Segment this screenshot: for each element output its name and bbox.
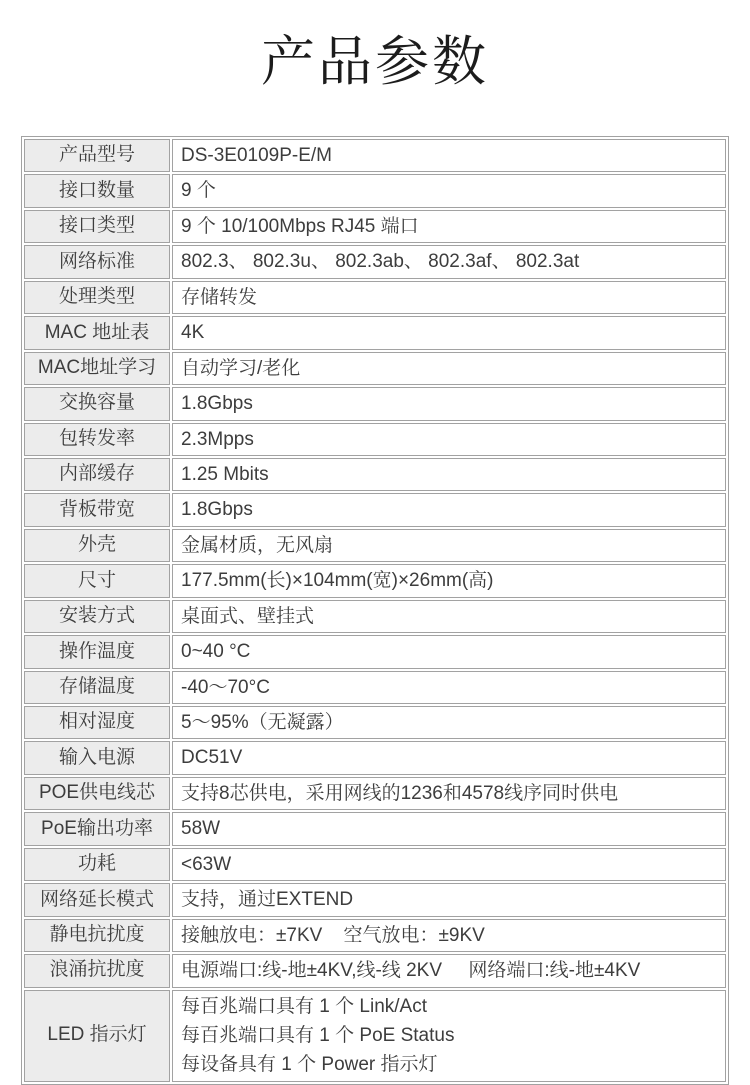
- spec-table: 产品型号DS-3E0109P-E/M接口数量9 个接口类型9 个 10/100M…: [21, 136, 729, 1085]
- spec-row: LED 指示灯每百兆端口具有 1 个 Link/Act 每百兆端口具有 1 个 …: [24, 990, 726, 1082]
- spec-value: 每百兆端口具有 1 个 Link/Act 每百兆端口具有 1 个 PoE Sta…: [172, 990, 726, 1082]
- spec-value: 自动学习/老化: [172, 352, 726, 385]
- spec-label: 网络延长模式: [24, 883, 170, 916]
- spec-row: MAC 地址表4K: [24, 316, 726, 349]
- spec-value: 1.25 Mbits: [172, 458, 726, 491]
- spec-label: 处理类型: [24, 281, 170, 314]
- spec-label: 浪涌抗扰度: [24, 954, 170, 987]
- spec-row: 相对湿度5～95%（无凝露）: [24, 706, 726, 739]
- spec-label: 相对湿度: [24, 706, 170, 739]
- spec-value: 1.8Gbps: [172, 493, 726, 526]
- spec-row: 存储温度-40～70°C: [24, 671, 726, 704]
- spec-value: <63W: [172, 848, 726, 881]
- spec-label: 存储温度: [24, 671, 170, 704]
- spec-row: 安装方式桌面式、壁挂式: [24, 600, 726, 633]
- spec-value: 177.5mm(长)×104mm(宽)×26mm(高): [172, 564, 726, 597]
- spec-row: 接口数量9 个: [24, 174, 726, 207]
- spec-label: PoE输出功率: [24, 812, 170, 845]
- spec-row: 产品型号DS-3E0109P-E/M: [24, 139, 726, 172]
- spec-row: 外壳金属材质，无风扇: [24, 529, 726, 562]
- spec-row: 处理类型存储转发: [24, 281, 726, 314]
- spec-label: 产品型号: [24, 139, 170, 172]
- spec-label: 背板带宽: [24, 493, 170, 526]
- spec-table-body: 产品型号DS-3E0109P-E/M接口数量9 个接口类型9 个 10/100M…: [24, 139, 726, 1082]
- spec-label: 接口数量: [24, 174, 170, 207]
- spec-value: 1.8Gbps: [172, 387, 726, 420]
- spec-label: 静电抗扰度: [24, 919, 170, 952]
- spec-label: 操作温度: [24, 635, 170, 668]
- spec-row: 接口类型9 个 10/100Mbps RJ45 端口: [24, 210, 726, 243]
- spec-row: 尺寸177.5mm(长)×104mm(宽)×26mm(高): [24, 564, 726, 597]
- spec-value: 2.3Mpps: [172, 423, 726, 456]
- spec-value: 支持，通过EXTEND: [172, 883, 726, 916]
- spec-value: 接触放电：±7KV 空气放电：±9KV: [172, 919, 726, 952]
- spec-label: MAC 地址表: [24, 316, 170, 349]
- spec-row: PoE输出功率58W: [24, 812, 726, 845]
- spec-value: -40～70°C: [172, 671, 726, 704]
- spec-label: 接口类型: [24, 210, 170, 243]
- spec-row: 网络标准802.3、 802.3u、 802.3ab、 802.3af、 802…: [24, 245, 726, 278]
- spec-value: 金属材质，无风扇: [172, 529, 726, 562]
- spec-row: 浪涌抗扰度电源端口:线-地±4KV,线-线 2KV 网络端口:线-地±4KV: [24, 954, 726, 987]
- spec-row: MAC地址学习自动学习/老化: [24, 352, 726, 385]
- spec-value: 5～95%（无凝露）: [172, 706, 726, 739]
- spec-label: 输入电源: [24, 741, 170, 774]
- spec-value: DC51V: [172, 741, 726, 774]
- spec-row: 静电抗扰度接触放电：±7KV 空气放电：±9KV: [24, 919, 726, 952]
- spec-value: DS-3E0109P-E/M: [172, 139, 726, 172]
- spec-value: 9 个: [172, 174, 726, 207]
- spec-value: 存储转发: [172, 281, 726, 314]
- spec-label: 交换容量: [24, 387, 170, 420]
- spec-label: 网络标准: [24, 245, 170, 278]
- spec-row: 网络延长模式支持，通过EXTEND: [24, 883, 726, 916]
- spec-label: 安装方式: [24, 600, 170, 633]
- spec-row: 内部缓存1.25 Mbits: [24, 458, 726, 491]
- spec-value: 电源端口:线-地±4KV,线-线 2KV 网络端口:线-地±4KV: [172, 954, 726, 987]
- spec-row: 包转发率2.3Mpps: [24, 423, 726, 456]
- spec-label: 功耗: [24, 848, 170, 881]
- spec-row: POE供电线芯支持8芯供电，采用网线的1236和4578线序同时供电: [24, 777, 726, 810]
- spec-row: 输入电源DC51V: [24, 741, 726, 774]
- page-title: 产品参数: [0, 24, 750, 100]
- spec-value: 58W: [172, 812, 726, 845]
- spec-label: LED 指示灯: [24, 990, 170, 1082]
- spec-label: 包转发率: [24, 423, 170, 456]
- spec-row: 背板带宽1.8Gbps: [24, 493, 726, 526]
- spec-value: 0~40 °C: [172, 635, 726, 668]
- spec-label: 外壳: [24, 529, 170, 562]
- product-spec-page: 产品参数 产品型号DS-3E0109P-E/M接口数量9 个接口类型9 个 10…: [0, 0, 750, 1085]
- spec-label: MAC地址学习: [24, 352, 170, 385]
- spec-label: POE供电线芯: [24, 777, 170, 810]
- spec-label: 尺寸: [24, 564, 170, 597]
- spec-label: 内部缓存: [24, 458, 170, 491]
- spec-row: 功耗<63W: [24, 848, 726, 881]
- spec-row: 交换容量1.8Gbps: [24, 387, 726, 420]
- spec-value: 9 个 10/100Mbps RJ45 端口: [172, 210, 726, 243]
- spec-value: 支持8芯供电，采用网线的1236和4578线序同时供电: [172, 777, 726, 810]
- spec-value: 802.3、 802.3u、 802.3ab、 802.3af、 802.3at: [172, 245, 726, 278]
- spec-value: 4K: [172, 316, 726, 349]
- spec-value: 桌面式、壁挂式: [172, 600, 726, 633]
- spec-row: 操作温度0~40 °C: [24, 635, 726, 668]
